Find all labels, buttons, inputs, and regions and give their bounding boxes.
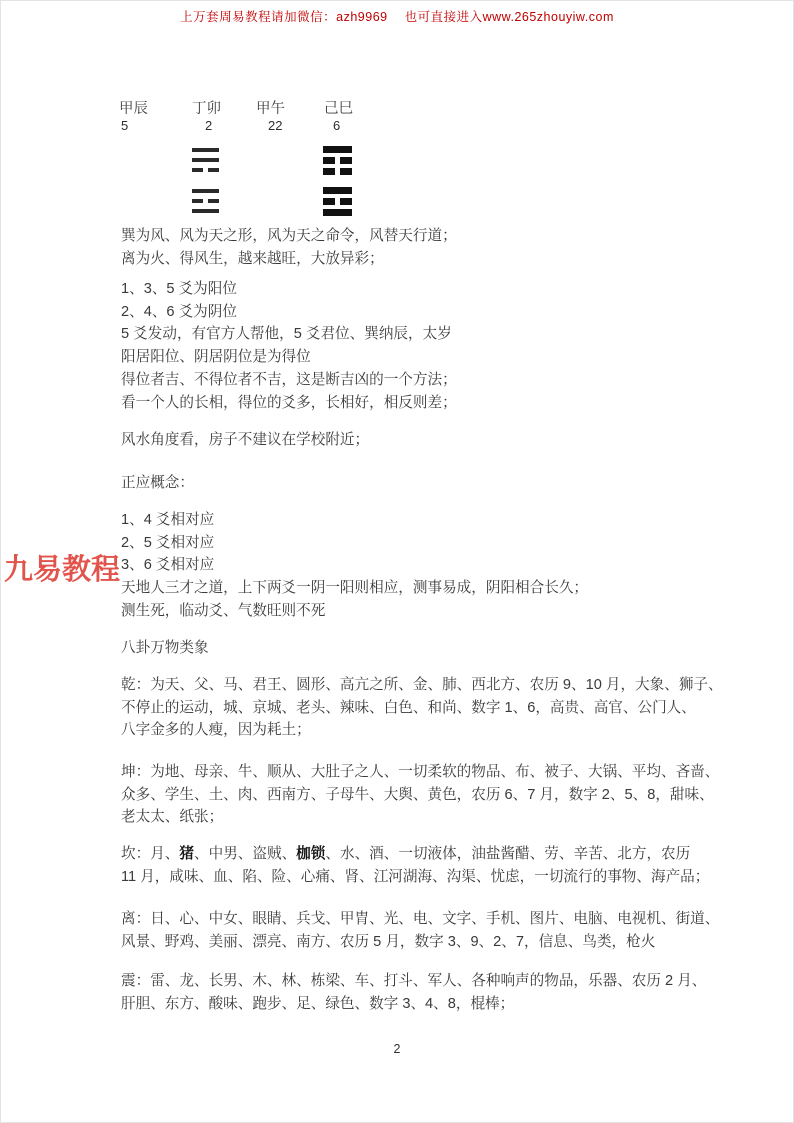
text-segment: 、水、酒、一切液体，油盐酱醋、劳、辛苦、北方，农历: [325, 846, 690, 862]
trigram-line-solid: [323, 187, 352, 194]
text-line: 得位者吉、不得位者不吉，这是断吉凶的一个方法；: [121, 369, 457, 392]
text-line: 肝胆、东方、酸味、跑步、足、绿色、数字 3、4、8，棍棒；: [121, 993, 706, 1016]
trigram-line-broken: [323, 168, 352, 175]
text-line: 巽为风、风为天之形，风为天之命令，风替天行道；: [121, 225, 457, 248]
text-line: 1、3、5 爻为阳位: [121, 278, 457, 301]
text-segment: 阳居阳位、阴居阴位是为得位: [121, 349, 311, 365]
text-segment: 1、3、5 爻为阳位: [121, 281, 237, 297]
text-segment: 2、4、6 爻为阴位: [121, 304, 237, 320]
bold-text-segment: 猪: [179, 846, 194, 862]
text-line: 坤：为地、母亲、牛、顺从、大肚子之人、一切柔软的物品、布、被子、大锅、平均、吝啬…: [121, 761, 719, 784]
text-line: 看一个人的长相，得位的爻多，长相好，相反则差；: [121, 392, 457, 415]
text-segment: 3、6 爻相对应: [121, 557, 214, 573]
text-segment: 风水角度看，房子不建议在学校附近；: [121, 432, 369, 448]
text-line: 3、6 爻相对应: [121, 554, 588, 577]
trigram-line-solid: [323, 146, 352, 153]
text-line: 2、4、6 爻为阴位: [121, 301, 457, 324]
pillar-stem-3: 甲午: [256, 97, 285, 118]
text-line: 风景、野鸡、美丽、漂亮、南方、农历 5 月，数字 3、9、2、7，信息、鸟类，枪…: [121, 931, 719, 954]
pillar-stem-4: 己巳: [324, 97, 353, 118]
trigram-line-solid: [192, 189, 219, 193]
text-segment: 众多、学生、土、肉、西南方、子母牛、大舆、黄色，农历 6、7 月，数字 2、5、…: [121, 787, 714, 803]
text-line: 众多、学生、土、肉、西南方、子母牛、大舆、黄色，农历 6、7 月，数字 2、5、…: [121, 784, 719, 807]
bold-text-segment: 枷锁: [296, 846, 325, 862]
text-segment: 乾：为天、父、马、君王、圆形、高亢之所、金、肺、西北方、农历 9、10 月，大象…: [121, 677, 723, 693]
paragraph: 1、3、5 爻为阳位2、4、6 爻为阴位5 爻发动，有官方人帮他，5 爻君位、巽…: [121, 278, 457, 414]
trigram-right-upper: [323, 146, 352, 179]
pillar-stem-1: 甲辰: [119, 97, 148, 118]
paragraph: 震：雷、龙、长男、木、林、栋梁、车、打斗、军人、各种响声的物品，乐器、农历 2 …: [121, 970, 706, 1015]
trigram-left-upper: [192, 148, 219, 178]
watermark: 九易教程: [4, 547, 120, 588]
text-segment: 震：雷、龙、长男、木、林、栋梁、车、打斗、军人、各种响声的物品，乐器、农历 2 …: [121, 973, 706, 989]
text-line: 1、4 爻相对应: [121, 509, 588, 532]
pillar-stem-2: 丁卯: [192, 97, 221, 118]
trigram-left-lower: [192, 189, 219, 219]
trigram-line-solid: [323, 209, 352, 216]
paragraph: 八卦万物类象: [121, 637, 209, 660]
paragraph: 坤：为地、母亲、牛、顺从、大肚子之人、一切柔软的物品、布、被子、大锅、平均、吝啬…: [121, 761, 719, 829]
text-segment: 老太太、纸张；: [121, 809, 223, 825]
paragraph: 坎：月、猪、中男、盗贼、枷锁、水、酒、一切液体，油盐酱醋、劳、辛苦、北方，农历1…: [121, 843, 709, 888]
text-line: 老太太、纸张；: [121, 806, 719, 829]
pillar-number-3: 22: [268, 118, 282, 133]
text-segment: 巽为风、风为天之形，风为天之命令，风替天行道；: [121, 228, 457, 244]
paragraph: 风水角度看，房子不建议在学校附近；: [121, 429, 369, 452]
paragraph: 乾：为天、父、马、君王、圆形、高亢之所、金、肺、西北方、农历 9、10 月，大象…: [121, 674, 723, 742]
page-header: 上万套周易教程请加微信：azh9969 也可直接进入www.265zhouyiw…: [1, 7, 793, 25]
text-segment: 天地人三才之道，上下两爻一阴一阳则相应，测事易成，阴阳相合长久；: [121, 580, 588, 596]
text-line: 测生死，临动爻、气数旺则不死: [121, 600, 588, 623]
text-line: 离：日、心、中女、眼睛、兵戈、甲胄、光、电、文字、手机、图片、电脑、电视机、街道…: [121, 908, 719, 931]
text-line: 11 月，咸味、血、陷、险、心痛、肾、江河湖海、沟渠、忧虑，一切流行的事物、海产…: [121, 866, 709, 889]
trigram-line-broken: [192, 199, 219, 203]
trigram-line-solid: [192, 209, 219, 213]
trigram-line-broken: [323, 198, 352, 205]
text-segment: 5 爻发动，有官方人帮他，5 爻君位、巽纳辰，太岁: [121, 326, 452, 342]
text-segment: 1、4 爻相对应: [121, 512, 214, 528]
text-line: 风水角度看，房子不建议在学校附近；: [121, 429, 369, 452]
text-line: 乾：为天、父、马、君王、圆形、高亢之所、金、肺、西北方、农历 9、10 月，大象…: [121, 674, 723, 697]
paragraph: 正应概念：: [121, 472, 194, 495]
paragraph: 1、4 爻相对应2、5 爻相对应3、6 爻相对应天地人三才之道，上下两爻一阴一阳…: [121, 509, 588, 623]
text-segment: 、中男、盗贼、: [194, 846, 296, 862]
text-segment: 正应概念：: [121, 475, 194, 491]
text-segment: 11 月，咸味、血、陷、险、心痛、肾、江河湖海、沟渠、忧虑，一切流行的事物、海产…: [121, 869, 709, 885]
text-segment: 风景、野鸡、美丽、漂亮、南方、农历 5 月，数字 3、9、2、7，信息、鸟类，枪…: [121, 934, 655, 950]
trigram-line-solid: [192, 158, 219, 162]
text-segment: 2、5 爻相对应: [121, 535, 214, 551]
text-segment: 肝胆、东方、酸味、跑步、足、绿色、数字 3、4、8，棍棒；: [121, 996, 514, 1012]
text-line: 5 爻发动，有官方人帮他，5 爻君位、巽纳辰，太岁: [121, 323, 457, 346]
text-line: 离为火、得风生，越来越旺，大放异彩；: [121, 248, 457, 271]
text-segment: 离为火、得风生，越来越旺，大放异彩；: [121, 251, 384, 267]
text-segment: 得位者吉、不得位者不吉，这是断吉凶的一个方法；: [121, 372, 457, 388]
paragraph: 巽为风、风为天之形，风为天之命令，风替天行道；离为火、得风生，越来越旺，大放异彩…: [121, 225, 457, 270]
trigram-line-solid: [192, 148, 219, 152]
trigram-line-broken: [192, 168, 219, 172]
text-line: 八卦万物类象: [121, 637, 209, 660]
text-line: 八字金多的人瘦，因为耗土；: [121, 719, 723, 742]
text-segment: 测生死，临动爻、气数旺则不死: [121, 603, 325, 619]
text-segment: 看一个人的长相，得位的爻多，长相好，相反则差；: [121, 395, 457, 411]
pillar-number-1: 5: [121, 118, 128, 133]
document-page: 上万套周易教程请加微信：azh9969 也可直接进入www.265zhouyiw…: [0, 0, 794, 1123]
text-line: 2、5 爻相对应: [121, 532, 588, 555]
text-line: 阳居阳位、阴居阴位是为得位: [121, 346, 457, 369]
text-line: 坎：月、猪、中男、盗贼、枷锁、水、酒、一切液体，油盐酱醋、劳、辛苦、北方，农历: [121, 843, 709, 866]
text-line: 不停止的运动，城、京城、老头、辣味、白色、和尚、数字 1、6，高贵、高官、公门人…: [121, 697, 723, 720]
page-number: 2: [1, 1042, 793, 1056]
text-segment: 离：日、心、中女、眼睛、兵戈、甲胄、光、电、文字、手机、图片、电脑、电视机、街道…: [121, 911, 719, 927]
text-segment: 坤：为地、母亲、牛、顺从、大肚子之人、一切柔软的物品、布、被子、大锅、平均、吝啬…: [121, 764, 719, 780]
text-segment: 八字金多的人瘦，因为耗土；: [121, 722, 311, 738]
pillar-number-4: 6: [333, 118, 340, 133]
text-segment: 不停止的运动，城、京城、老头、辣味、白色、和尚、数字 1、6，高贵、高官、公门人…: [121, 700, 696, 716]
text-line: 震：雷、龙、长男、木、林、栋梁、车、打斗、军人、各种响声的物品，乐器、农历 2 …: [121, 970, 706, 993]
trigram-right-lower: [323, 187, 352, 220]
text-line: 正应概念：: [121, 472, 194, 495]
text-line: 天地人三才之道，上下两爻一阴一阳则相应，测事易成，阴阳相合长久；: [121, 577, 588, 600]
pillar-number-2: 2: [205, 118, 212, 133]
paragraph: 离：日、心、中女、眼睛、兵戈、甲胄、光、电、文字、手机、图片、电脑、电视机、街道…: [121, 908, 719, 953]
text-segment: 八卦万物类象: [121, 640, 209, 656]
trigram-line-broken: [323, 157, 352, 164]
text-segment: 坎：月、: [121, 846, 179, 862]
